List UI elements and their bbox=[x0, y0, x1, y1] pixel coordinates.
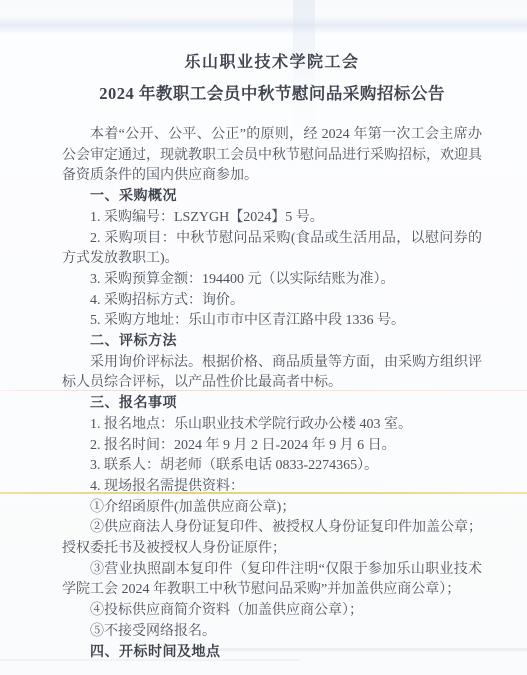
list-item-material-5: ⑤不接受网络报名。 bbox=[62, 622, 482, 643]
list-item-material-2: ②供应商法人身份证复印件、被授权人身份证复印件加盖公章；授权委托书及被授权人身份… bbox=[62, 518, 482, 559]
list-item-procurement-method: 4. 采购招标方式：询价。 bbox=[62, 291, 482, 312]
list-item-registration-location: 1. 报名地点：乐山职业技术学院行政办公楼 403 室。 bbox=[62, 415, 482, 436]
list-item-material-3: ③营业执照副本复印件（复印件注明“仅限于参加乐山职业技术学院工会 2024 年教… bbox=[62, 560, 482, 601]
section-heading-registration: 三、报名事项 bbox=[62, 394, 482, 415]
scan-artifact-top-band bbox=[0, 16, 527, 34]
paragraph-evaluation-method: 采用询价评标法。根据价格、商品质量等方面，由采购方组织评标人员综合评标，以产品性… bbox=[62, 353, 482, 394]
list-item-procurement-budget: 3. 采购预算金额：194400 元（以实际结账为准）。 bbox=[62, 270, 482, 291]
scanned-document-page: 乐山职业技术学院工会 2024 年教职工会员中秋节慰问品采购招标公告 本着“公开… bbox=[0, 0, 527, 675]
section-heading-bid-opening: 四、开标时间及地点 bbox=[62, 643, 482, 664]
section-heading-procurement-overview: 一、采购概况 bbox=[62, 187, 482, 208]
organization-title: 乐山职业技术学院工会 bbox=[62, 52, 482, 74]
list-item-procurement-project: 2. 采购项目：中秋节慰问品采购(食品或生活用品，以慰问券的方式发放教职工)。 bbox=[62, 229, 482, 270]
list-item-contact-person: 3. 联系人：胡老师（联系电话 0833-2274365）。 bbox=[62, 456, 482, 477]
announcement-title: 2024 年教职工会员中秋节慰问品采购招标公告 bbox=[62, 82, 482, 106]
list-item-registration-time: 2. 报名时间：2024 年 9 月 2 日-2024 年 9 月 6 日。 bbox=[62, 436, 482, 457]
list-item-procurement-address: 5. 采购方地址：乐山市市中区青江路中段 1336 号。 bbox=[62, 311, 482, 332]
list-item-material-4: ④投标供应商简介资料（加盖供应商公章）； bbox=[62, 601, 482, 622]
list-item-material-1: ①介绍函原件(加盖供应商公章)； bbox=[62, 498, 482, 519]
document-content: 乐山职业技术学院工会 2024 年教职工会员中秋节慰问品采购招标公告 本着“公开… bbox=[62, 52, 482, 663]
section-heading-evaluation-method: 二、评标方法 bbox=[62, 332, 482, 353]
intro-paragraph: 本着“公开、公平、公正”的原则，经 2024 年第一次工会主席办公会审定通过，现… bbox=[62, 125, 482, 187]
list-item-procurement-number: 1. 采购编号：LSZYGH【2024】5 号。 bbox=[62, 208, 482, 229]
document-body: 本着“公开、公平、公正”的原则，经 2024 年第一次工会主席办公会审定通过，现… bbox=[62, 125, 482, 663]
list-item-required-materials: 4. 现场报名需提供资料： bbox=[62, 477, 482, 498]
